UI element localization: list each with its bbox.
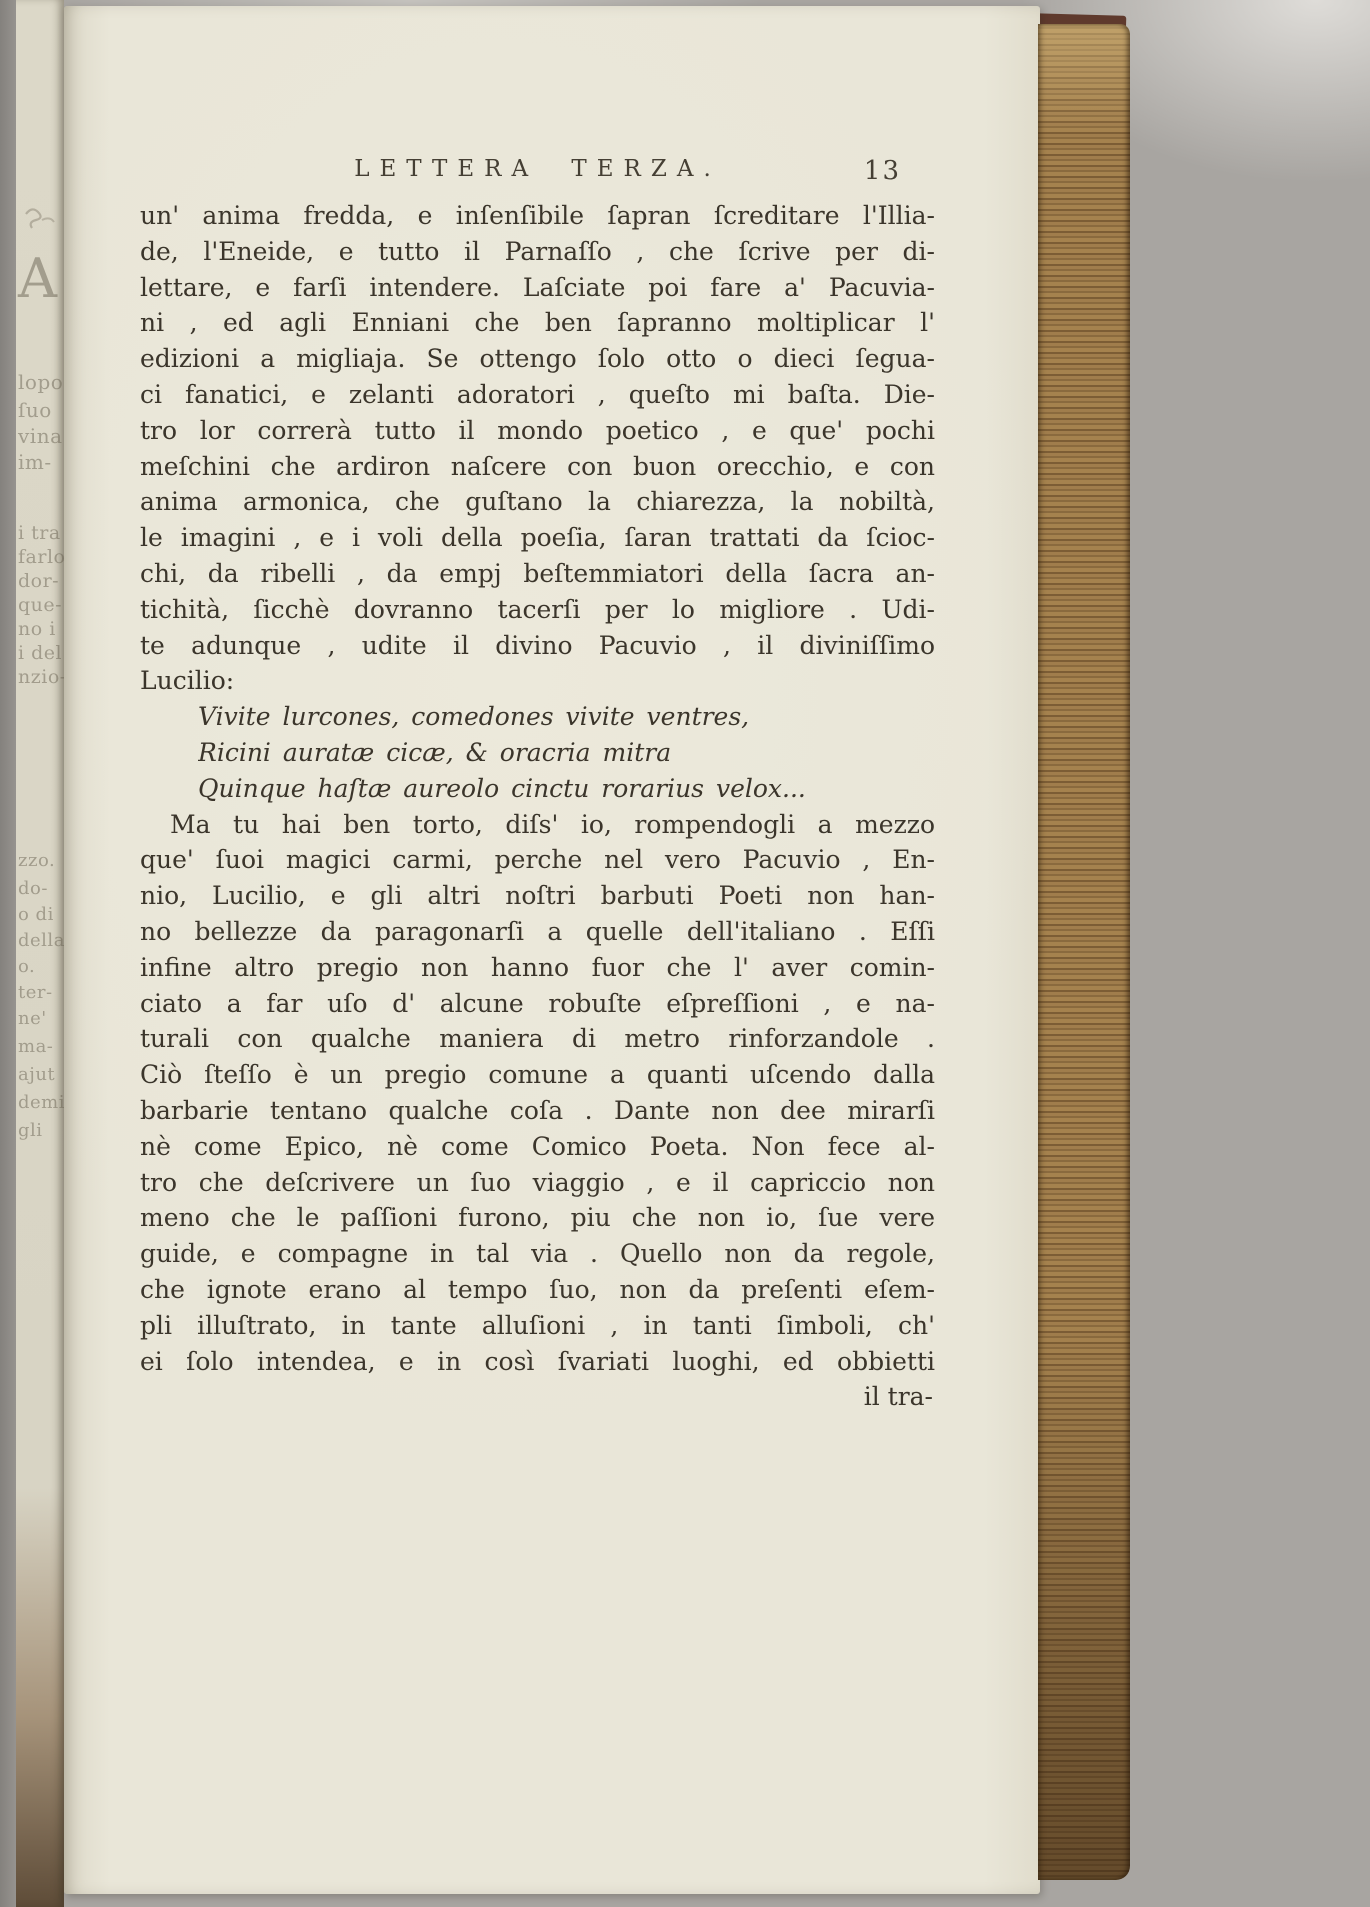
text-line: pli illuſtrato, in tante alluſioni , in … (140, 1308, 935, 1344)
text-line: un' anima fredda, e inſenſibile ſapran ſ… (140, 198, 935, 234)
text-line: tichità, ſicchè dovranno tacerſi per lo … (140, 592, 935, 628)
text-line: le imagini , e i voli della poeſia, ſara… (140, 520, 935, 556)
ghost-fragment: que- (18, 596, 62, 615)
ghost-fragment: demi (18, 1094, 65, 1112)
text-line: meno che le paſſioni furono, piu che non… (140, 1200, 935, 1236)
text-line: te adunque , udite il divino Pacuvio , i… (140, 628, 935, 664)
ghost-fragment: o. (18, 958, 35, 976)
text-line: tro che deſcrivere un ſuo viaggio , e il… (140, 1165, 935, 1201)
text-line: no bellezze da paragonarſi a quelle dell… (140, 914, 935, 950)
ghost-fragment: ſuo (18, 400, 52, 420)
running-title: LETTERA TERZA. (140, 152, 935, 186)
verse-line: Ricini auratæ cicæ, & oracria mitra (198, 735, 935, 771)
book-fore-edge (1038, 24, 1130, 1880)
text-line: que' ſuoi magici carmi, perche nel vero … (140, 842, 935, 878)
text-line: Ciò ſteſſo è un pregio comune a quanti u… (140, 1057, 935, 1093)
text-line: nè come Epico, nè come Comico Poeta. Non… (140, 1129, 935, 1165)
page-number: 13 (864, 156, 901, 186)
previous-page-edge: Alopoſuovinaim-i trafarlodor-que-no ii d… (16, 0, 64, 1907)
text-line: Lucilio: (140, 663, 935, 699)
ghost-fragment: i tra (18, 524, 61, 543)
book-scan-scene: Alopoſuovinaim-i trafarlodor-que-no ii d… (0, 0, 1370, 1907)
text-lines: un' anima fredda, e inſenſibile ſapran ſ… (140, 198, 935, 1379)
ghost-fragment: della (18, 932, 65, 950)
ghost-fragment: im- (18, 452, 52, 472)
text-line: meſchini che ardiron naſcere con buon or… (140, 449, 935, 485)
printed-text-block: LETTERA TERZA. 13 un' anima fredda, e in… (140, 152, 935, 1415)
ghost-fragment: o di (18, 906, 54, 924)
squiggle-ornament-icon (24, 206, 58, 232)
text-line: che ignote erano al tempo ſuo, non da pr… (140, 1272, 935, 1308)
ghost-fragment: ter- (18, 984, 53, 1002)
ghost-fragment: no i (18, 620, 56, 639)
ghost-fragment: lopo (18, 372, 63, 392)
text-line: edizioni a migliaja. Se ottengo ſolo ott… (140, 341, 935, 377)
text-line: tro lor correrà tutto il mondo poetico ,… (140, 413, 935, 449)
verse-line: Quinque haſtæ aureolo cinctu rorarius ve… (198, 771, 935, 807)
ghost-fragment: ajut (18, 1066, 55, 1084)
text-line: infine altro pregio non hanno fuor che l… (140, 950, 935, 986)
text-line: guide, e compagne in tal via . Quello no… (140, 1236, 935, 1272)
text-line: nio, Lucilio, e gli altri noſtri barbuti… (140, 878, 935, 914)
text-line: turali con qualche maniera di metro rinf… (140, 1021, 935, 1057)
verse-line: Vivite lurcones, comedones vivite ventre… (198, 699, 935, 735)
ghost-fragment: zzo. (18, 852, 55, 870)
ghost-fragment: gli (18, 1122, 43, 1140)
ghost-fragment: farlo (18, 548, 65, 567)
ghost-fragment: dor- (18, 572, 59, 591)
text-line: ci fanatici, e zelanti adoratori , queſt… (140, 377, 935, 413)
ghost-fragment: do- (18, 880, 48, 898)
ghost-fragment: vina (18, 426, 63, 446)
ornament-fragment (24, 206, 58, 236)
text-line: ni , ed agli Enniani che ben ſapranno mo… (140, 305, 935, 341)
page-header: LETTERA TERZA. 13 (140, 152, 935, 198)
text-line: barbarie tentano qualche coſa . Dante no… (140, 1093, 935, 1129)
ghost-fragment: i del (18, 644, 62, 663)
text-line: Ma tu hai ben torto, diſs' io, rompendog… (140, 807, 935, 843)
text-line: anima armonica, che guſtano la chiarezza… (140, 484, 935, 520)
catchword: il tra- (140, 1379, 935, 1415)
text-line: de, l'Eneide, e tutto il Parnaſſo , che … (140, 234, 935, 270)
text-line: ciato a far uſo d' alcune robuſte eſpreſ… (140, 986, 935, 1022)
text-line: chi, da ribelli , da empj beſtemmiatori … (140, 556, 935, 592)
ghost-fragment: ma- (18, 1038, 53, 1056)
text-line: ei ſolo intendea, e in così ſvariati luo… (140, 1344, 935, 1380)
ghost-fragment: nzio- (18, 668, 67, 687)
ghost-fragment: A (18, 252, 58, 306)
text-line: lettare, e farſi intendere. Laſciate poi… (140, 270, 935, 306)
ghost-fragment: ne' (18, 1010, 47, 1028)
